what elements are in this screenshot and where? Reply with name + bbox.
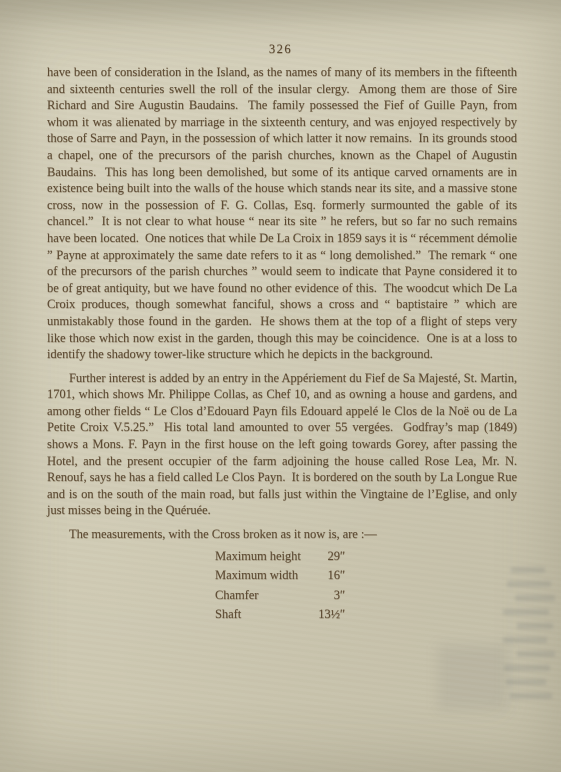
measurement-value: 3″ [313, 586, 345, 606]
measurement-value: 29″ [313, 547, 345, 567]
text-block: have been of consideration in the Island… [47, 64, 517, 625]
scan-top-shadow [0, 0, 561, 31]
measurement-row-max-width: Maximum width 16″ [215, 566, 517, 586]
page-number: 326 [0, 42, 561, 57]
measurement-row-max-height: Maximum height 29″ [215, 547, 517, 567]
bleedthrough-line [515, 595, 555, 601]
measurement-row-chamfer: Chamfer 3″ [215, 586, 517, 606]
scan-stain [438, 645, 508, 710]
paragraph-history: have been of consideration in the Island… [47, 64, 517, 363]
measurement-label: Chamfer [215, 586, 310, 606]
paragraph-further-interest: Further interest is added by an entry in… [47, 370, 517, 519]
scanned-book-page: 326 have been of consideration in the Is… [0, 0, 561, 772]
measurement-label: Maximum width [215, 566, 310, 586]
bleedthrough-line [517, 651, 555, 657]
bleedthrough-line [504, 665, 550, 671]
measurement-value: 13½″ [313, 605, 345, 625]
bleedthrough-line [510, 693, 552, 699]
bleedthrough-line [503, 637, 547, 643]
measurement-label: Maximum height [215, 547, 310, 567]
bleedthrough-line [517, 623, 553, 629]
measurement-row-shaft: Shaft 13½″ [215, 605, 517, 625]
paragraph-measurements-intro: The measurements, with the Cross broken … [47, 526, 517, 543]
bleedthrough-line [506, 679, 546, 685]
measurement-value: 16″ [313, 566, 345, 586]
measurements-list: Maximum height 29″ Maximum width 16″ Cha… [47, 547, 517, 625]
measurement-label: Shaft [215, 605, 310, 625]
